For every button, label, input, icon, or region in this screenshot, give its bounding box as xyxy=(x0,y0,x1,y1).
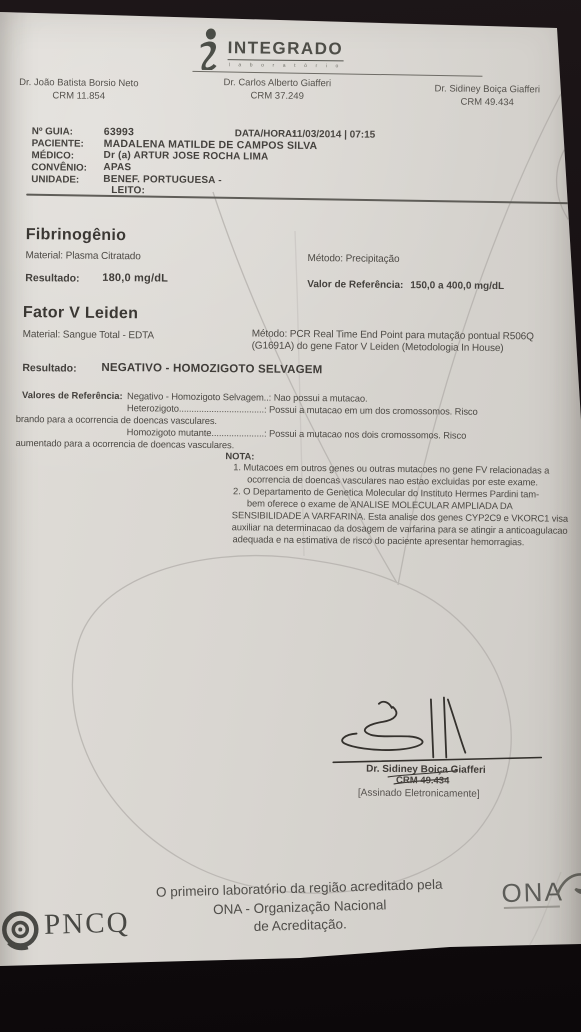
ona-logo-subtext-bar xyxy=(504,905,560,909)
test-section-fator-v-leiden: Fator V Leiden Material: Sangue Total - … xyxy=(0,0,581,6)
signature-crm: CRM 49.434 xyxy=(396,775,449,787)
footer: PNCQ O primeiro laboratório da região ac… xyxy=(0,0,555,8)
integrado-logo-text: INTEGRADO xyxy=(228,38,344,61)
integrado-logo-icon xyxy=(195,28,223,70)
doctor-crm: CRM 37.249 xyxy=(202,89,352,104)
doctor-block: Dr. João Batista Borsio Neto CRM 11.854 xyxy=(1,76,156,104)
unidade-label: UNIDADE: xyxy=(31,174,79,186)
doctor-name: Dr. Sidiney Boiça Giafferi xyxy=(417,82,557,96)
patient-info: Nº GUIA: 63993 DATA/HORA: 11/03/2014 | 0… xyxy=(0,0,581,6)
valores-referencia-label: Valores de Referência: xyxy=(22,389,123,401)
medico-value: Dr (a) ARTUR JOSE ROCHA LIMA xyxy=(104,150,269,163)
convenio-label: CONVÊNIO: xyxy=(31,162,87,174)
integrado-logo: INTEGRADO l a b o r a t ó r i o xyxy=(228,38,344,69)
test-title: Fator V Leiden xyxy=(23,304,139,323)
resultado-value: NEGATIVO - HOMOZIGOTO SELVAGEM xyxy=(101,362,322,376)
photographed-lab-report: INTEGRADO l a b o r a t ó r i o Dr. João… xyxy=(0,0,581,1032)
integrado-logo-subtext: l a b o r a t ó r i o xyxy=(228,62,344,69)
signature-note: [Assinado Eletronicamente] xyxy=(358,788,480,800)
doctor-name: Dr. Carlos Alberto Giafferi xyxy=(202,76,352,91)
ona-logo: ONA xyxy=(501,876,564,909)
nota-label: NOTA: xyxy=(225,450,254,461)
test-material: Material: Plasma Citratado xyxy=(25,250,140,262)
test-metodo: Método: Precipitação xyxy=(307,253,399,265)
doctor-name: Dr. João Batista Borsio Neto xyxy=(1,76,156,91)
test-section-fibrinogenio: Fibrinogênio Material: Plasma Citratado … xyxy=(0,0,581,6)
ona-logo-swoosh xyxy=(555,867,581,902)
doctor-crm: CRM 11.854 xyxy=(1,89,156,104)
test-material: Material: Sangue Total - EDTA xyxy=(23,329,154,341)
referencia-value: 150,0 a 400,0 mg/dL xyxy=(410,280,504,292)
nota2-line5: adequada e na estimativa de risco do pac… xyxy=(233,533,525,547)
guia-label: Nº GUIA: xyxy=(32,126,73,137)
doctor-crm: CRM 49.434 xyxy=(417,95,557,109)
paciente-label: PACIENTE: xyxy=(32,138,84,150)
valores-referencia-block: Valores de Referência: Negativo - Homozi… xyxy=(0,0,581,6)
doctor-block: Dr. Sidiney Boiça Giafferi CRM 49.434 xyxy=(417,82,557,109)
accreditation-text: O primeiro laboratório da região acredit… xyxy=(69,873,530,941)
ref-line5: aumentado para a ocorrencia de doencas v… xyxy=(16,437,235,450)
test-title: Fibrinogênio xyxy=(26,226,127,245)
section-divider xyxy=(26,194,575,205)
resultado-label: Resultado: xyxy=(22,362,76,375)
paper-sheet: INTEGRADO l a b o r a t ó r i o Dr. João… xyxy=(0,0,581,1032)
signature-name: Dr. Sidiney Boiça Giafferi xyxy=(366,764,486,776)
ref-line3: brando para a ocorrencia de doencas vasc… xyxy=(16,413,217,426)
report-body: INTEGRADO l a b o r a t ó r i o Dr. João… xyxy=(0,0,581,866)
guia-value: 63993 xyxy=(104,126,134,138)
resultado-label: Resultado: xyxy=(25,272,79,285)
medico-label: MÉDICO: xyxy=(32,150,75,161)
doctor-block: Dr. Carlos Alberto Giafferi CRM 37.249 xyxy=(202,76,352,104)
convenio-value: APAS xyxy=(103,162,131,173)
test-metodo-line2: (G1691A) do gene Fator V Leiden (Metodol… xyxy=(252,340,504,354)
pncq-logo-icon xyxy=(0,905,43,954)
referencia-label: Valor de Referência: xyxy=(307,279,403,291)
datahora-value: 11/03/2014 | 07:15 xyxy=(292,129,376,141)
resultado-value: 180,0 mg/dL xyxy=(102,272,168,285)
signature-block: Dr. Sidiney Boiça Giafferi CRM 49.434 [A… xyxy=(0,0,581,6)
datahora-label: DATA/HORA: xyxy=(235,128,296,140)
